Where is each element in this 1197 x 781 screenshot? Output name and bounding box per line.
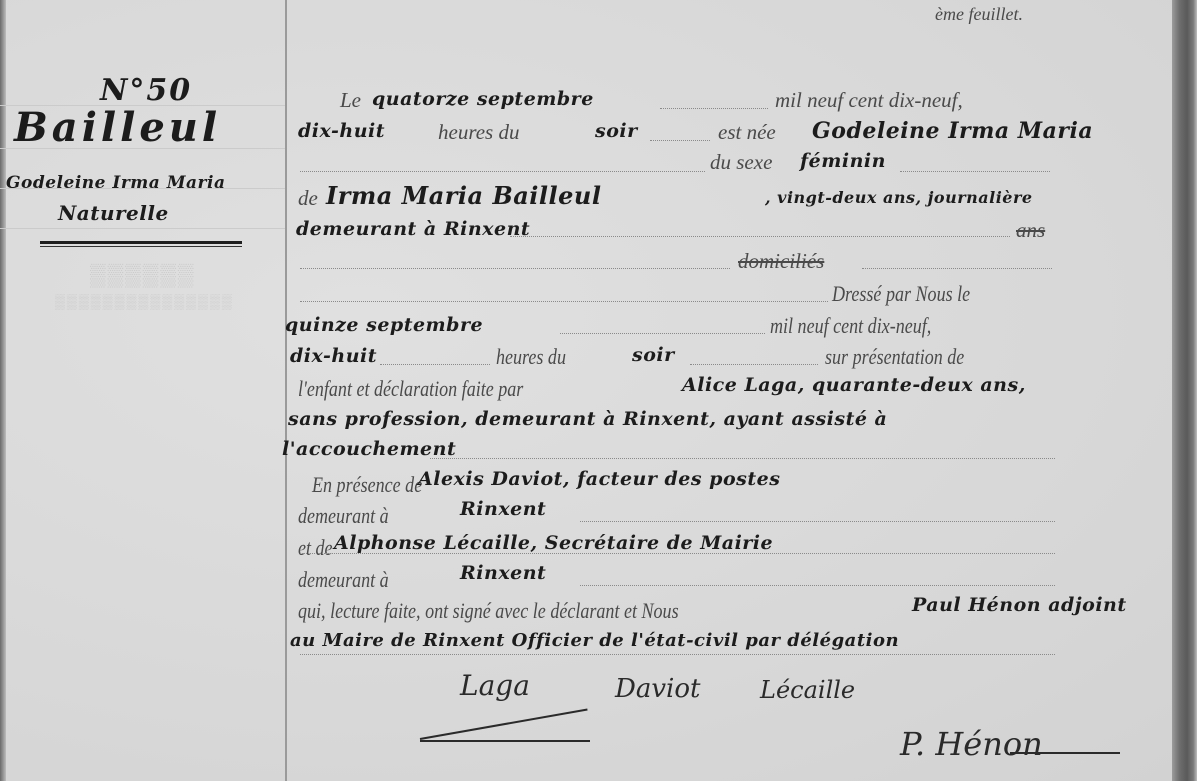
child-sex: féminin [800,152,886,171]
fill-line [650,140,710,141]
birth-day-month: quatorze septembre [372,90,594,109]
child-names: Godeleine Irma Maria [812,120,1093,142]
signature-flourish [420,740,590,742]
signature-witness2: Lécaille [760,678,855,702]
margin-surname: Bailleul [14,108,221,148]
printed-est-nee: est née [718,122,776,143]
printed-heures-du: heures du [438,122,519,143]
fill-line [300,654,1055,655]
printed-du-sexe: du sexe [710,152,772,173]
printed-sur-presentation: sur présentation de [825,346,964,368]
fill-line [510,236,1010,237]
printed-declaration: l'enfant et déclaration faite par [298,378,523,400]
birth-hour: dix-huit [298,122,385,141]
sheet-label: ème feuillet. [935,5,1023,23]
signature-flourish [1010,752,1120,754]
margin-double-rule [40,241,242,247]
printed-dresse-par-nous: Dressé par Nous le [832,283,970,305]
fill-line [862,268,1052,269]
margin-given-names: Godeleine Irma Maria [6,175,225,192]
printed-mil-neuf-cent: mil neuf cent dix-neuf, [775,90,963,111]
record-period: soir [632,346,675,365]
officer-name-title: Paul Hénon adjoint [912,596,1127,615]
printed-et-de: et de [298,537,333,559]
fill-line [380,364,490,365]
mother-name: Irma Maria Bailleul [326,184,601,208]
mother-residence: demeurant à Rinxent [296,220,530,239]
margin-status: Naturelle [58,203,169,223]
signature-flourish [420,708,588,739]
mother-age-occupation: , vingt-deux ans, journalière [765,190,1033,206]
printed-de: de [298,188,318,209]
witness1-residence: Rinxent [460,500,546,519]
witness2-residence: Rinxent [460,564,546,583]
fill-line [900,171,1050,172]
officer-title-delegation: au Maire de Rinxent Officier de l'état-c… [290,632,899,650]
page-left-edge [0,0,6,781]
fill-line [300,553,1055,554]
record-day-month: quinze septembre [285,316,483,335]
fill-line [300,171,705,172]
fill-line [580,521,1055,522]
declarant-occupation-residence: sans profession, demeurant à Rinxent, ay… [288,410,887,429]
bleed-through-text: ▒▒▒▒▒▒▒▒▒▒▒▒▒▒▒ [55,295,234,311]
witness1-name-occupation: Alexis Daviot, facteur des postes [418,470,780,489]
margin-ruling [0,228,285,229]
printed-en-presence: En présence de [312,474,422,496]
signature-declarant: Laga [460,672,530,700]
printed-heures-du-2: heures du [496,346,566,368]
margin-divider [285,0,287,781]
fill-line [430,458,1055,459]
fill-line [560,333,765,334]
scanned-register-page: ▒▒▒▒▒▒ ▒▒▒▒▒▒▒▒▒▒▒▒▒▒▒ ème feuillet. N°5… [0,0,1197,781]
signature-officer: P. Hénon [900,728,1043,760]
fill-line [300,268,730,269]
fill-line [660,108,768,109]
record-hour: dix-huit [290,347,377,366]
bleed-through-text: ▒▒▒▒▒▒ [90,262,196,288]
printed-le: Le [340,90,361,111]
fill-line [690,364,818,365]
fill-line [300,301,828,302]
declarant-accouchement: l'accouchement [282,440,456,459]
signature-witness1: Daviot [615,676,700,702]
register-binding [1172,0,1197,781]
witness2-name-occupation: Alphonse Lécaille, Secrétaire de Mairie [334,534,773,553]
printed-demeurant-2: demeurant à [298,569,389,591]
fill-line [580,585,1055,586]
printed-qui-lecture: qui, lecture faite, ont signé avec le dé… [298,600,679,622]
printed-domicilies-struck: domiciliés [738,251,824,272]
printed-ans-struck: ans [1016,220,1045,241]
declarant-name-age: Alice Laga, quarante-deux ans, [682,376,1026,395]
printed-demeurant-1: demeurant à [298,505,389,527]
printed-mil-neuf-cent-2: mil neuf cent dix-neuf, [770,315,931,337]
record-number: N°50 [100,76,192,106]
birth-period: soir [595,122,638,141]
